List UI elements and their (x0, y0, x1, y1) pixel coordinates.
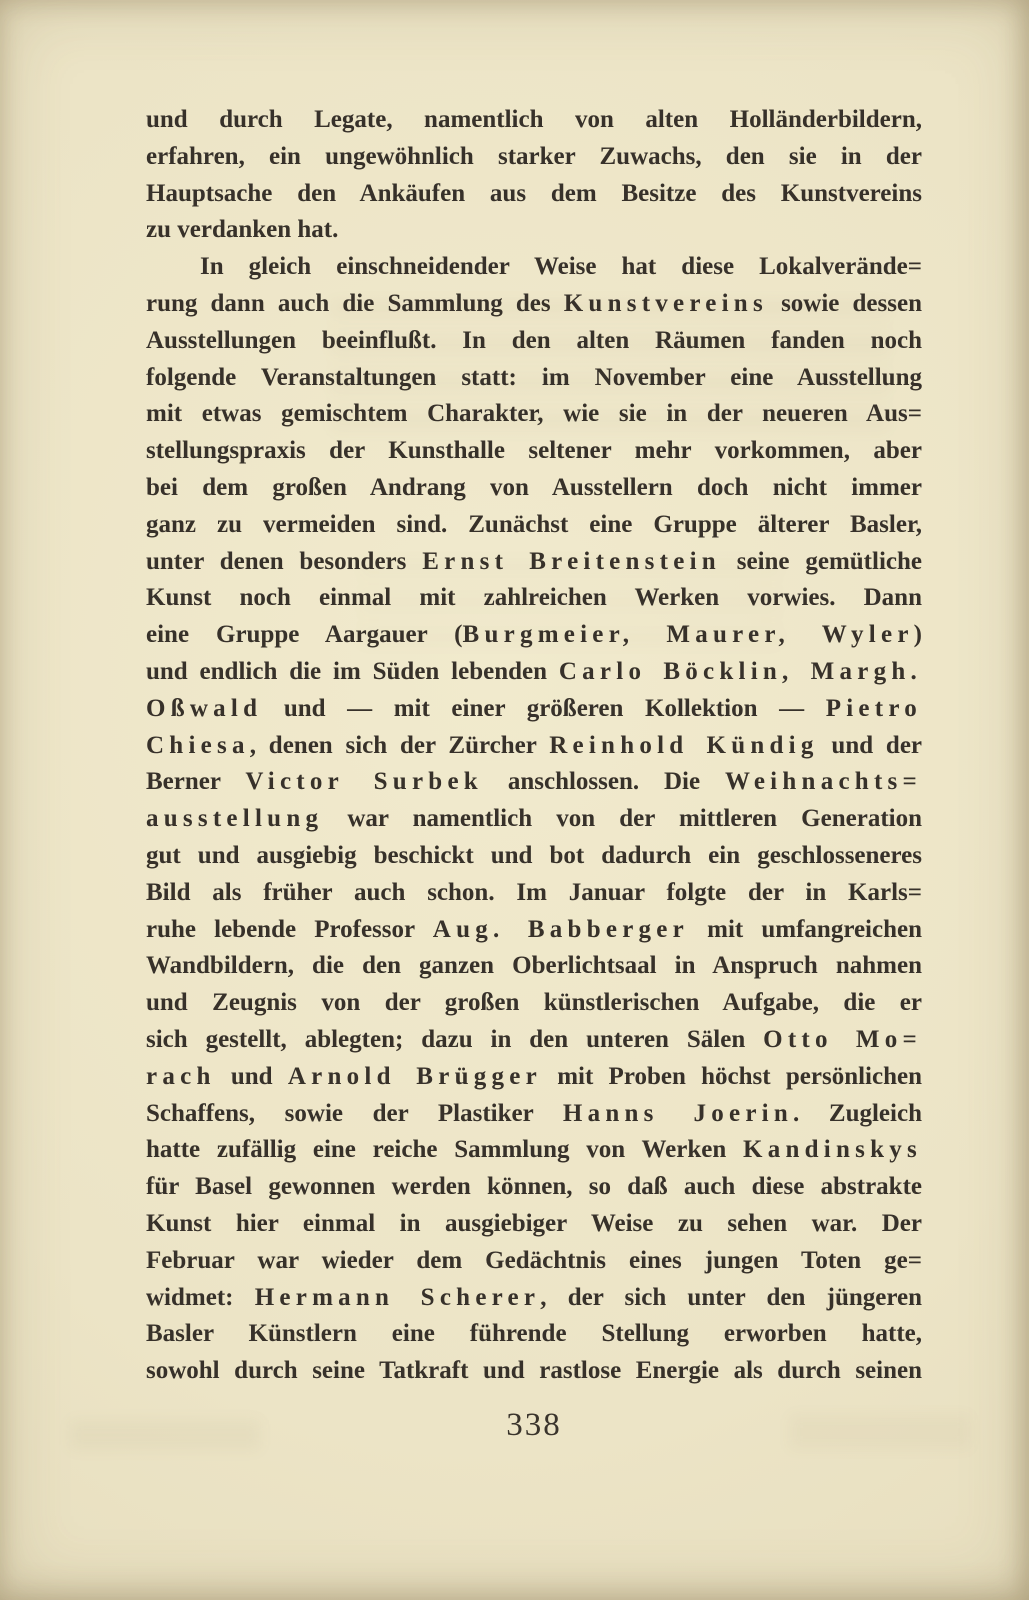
text-line: Wandbildern, die den ganzen Oberlichtsaa… (146, 948, 922, 985)
page-number: 338 (146, 1407, 922, 1444)
text-line: Hauptsache den Ankäufen aus dem Besitze … (146, 176, 922, 213)
text-segment: eine Gruppe Aargauer ( (146, 621, 463, 648)
text-line: In gleich einschneidender Weise hat dies… (146, 249, 922, 286)
text-line: und endlich die im Süden lebenden Carlo … (146, 654, 922, 691)
text-segment: In gleich einschneidender Weise hat dies… (200, 253, 922, 280)
letterspaced-name: Aug. Babberger (433, 916, 689, 943)
text-segment: seine gemütliche (721, 548, 922, 575)
text-segment: folgende Veranstaltungen statt: im Novem… (146, 364, 922, 391)
letterspaced-name: ausstellung (146, 805, 323, 832)
letterspaced-name: rach (146, 1063, 216, 1090)
text-segment: gut und ausgiebig beschickt und bot dadu… (146, 842, 922, 869)
letterspaced-name: Hanns Joerin (563, 1100, 793, 1127)
text-line: eine Gruppe Aargauer (Burgmeier, Maurer,… (146, 617, 922, 654)
text-segment: Berner (146, 768, 245, 795)
text-segment: anschlossen. Die (483, 768, 725, 795)
text-line: ganz zu vermeiden sind. Zunächst eine Gr… (146, 507, 922, 544)
text-line: stellungspraxis der Kunsthalle seltener … (146, 433, 922, 470)
text-segment: Basler Künstlern eine führende Stellung … (146, 1320, 922, 1347)
letterspaced-name: Carlo Böcklin, Margh. (559, 658, 922, 685)
text-segment: mit Proben höchst persönlichen (542, 1063, 922, 1090)
text-segment: sich gestellt, ablegten; dazu in den unt… (146, 1026, 763, 1053)
letterspaced-name: Pietro (826, 695, 922, 722)
text-segment: war namentlich von der mittleren Generat… (323, 805, 922, 832)
text-line: sich gestellt, ablegten; dazu in den unt… (146, 1022, 922, 1059)
text-segment: widmet: (146, 1284, 255, 1311)
letterspaced-name: Otto Mo= (763, 1026, 922, 1053)
text-segment: Bild als früher auch schon. Im Januar fo… (146, 879, 922, 906)
text-line: Basler Künstlern eine führende Stellung … (146, 1316, 922, 1353)
text-line: gut und ausgiebig beschickt und bot dadu… (146, 838, 922, 875)
book-page: und durch Legate, namentlich von alten H… (0, 0, 1029, 1600)
text-segment: für Basel gewonnen werden können, so daß… (146, 1173, 922, 1200)
letterspaced-name: Chiesa (146, 732, 250, 759)
text-line: und Zeugnis von der großen künstlerische… (146, 985, 922, 1022)
text-line: Schaffens, sowie der Plastiker Hanns Joe… (146, 1096, 922, 1133)
text-segment: . Zugleich (793, 1100, 922, 1127)
letterspaced-name: Victor Surbek (245, 768, 483, 795)
text-segment: Schaffens, sowie der Plastiker (146, 1100, 563, 1127)
text-line: für Basel gewonnen werden können, so daß… (146, 1169, 922, 1206)
text-segment: ruhe lebende Professor (146, 916, 433, 943)
text-line: erfahren, ein ungewöhnlich starker Zuwac… (146, 139, 922, 176)
text-line: Kunst noch einmal mit zahlreichen Werken… (146, 580, 922, 617)
text-line: hatte zufällig eine reiche Sammlung von … (146, 1132, 922, 1169)
text-line: Chiesa, denen sich der Zürcher Reinhold … (146, 728, 922, 765)
text-line: Kunst hier einmal in ausgiebiger Weise z… (146, 1206, 922, 1243)
text-segment: Februar war wieder dem Gedächtnis eines … (146, 1247, 922, 1274)
text-line: Bild als früher auch schon. Im Januar fo… (146, 875, 922, 912)
text-segment: ganz zu vermeiden sind. Zunächst eine Gr… (146, 511, 922, 538)
text-line: sowohl durch seine Tatkraft und rastlose… (146, 1353, 922, 1390)
text-line: ruhe lebende Professor Aug. Babberger mi… (146, 912, 922, 949)
text-line: Ausstellungen beeinflußt. In den alten R… (146, 323, 922, 360)
letterspaced-name: Kandinskys (743, 1136, 922, 1163)
text-segment: und — mit einer größeren Kollektion — (262, 695, 825, 722)
letterspaced-name: Reinhold Kündig (549, 732, 818, 759)
text-segment: und (216, 1063, 288, 1090)
text-line: Berner Victor Surbek anschlossen. Die We… (146, 764, 922, 801)
text-segment: erfahren, ein ungewöhnlich starker Zuwac… (146, 143, 922, 170)
text-segment: zu verdanken hat. (146, 216, 338, 243)
text-line: Februar war wieder dem Gedächtnis eines … (146, 1243, 922, 1280)
text-segment: sowie dessen (768, 290, 922, 317)
text-segment: ) (914, 621, 922, 648)
text-segment: und der (819, 732, 922, 759)
letterspaced-name: Oßwald (146, 695, 262, 722)
letterspaced-name: Arnold Brügger (288, 1063, 542, 1090)
body-text-block: und durch Legate, namentlich von alten H… (146, 102, 922, 1390)
text-segment: , denen sich der Zürcher (250, 732, 549, 759)
text-segment: Kunst hier einmal in ausgiebiger Weise z… (146, 1210, 922, 1237)
letterspaced-name: Kunstvereins (564, 290, 768, 317)
text-segment: unter denen besonders (146, 548, 422, 575)
text-segment: stellungspraxis der Kunsthalle seltener … (146, 437, 922, 464)
text-segment: sowohl durch seine Tatkraft und rastlose… (146, 1357, 922, 1384)
text-segment: bei dem großen Andrang von Ausstellern d… (146, 474, 922, 501)
text-line: folgende Veranstaltungen statt: im Novem… (146, 360, 922, 397)
letterspaced-name: Hermann Scherer (255, 1284, 541, 1311)
text-segment: mit umfangreichen (689, 916, 922, 943)
text-segment: Kunst noch einmal mit zahlreichen Werken… (146, 584, 922, 611)
text-line: unter denen besonders Ernst Breitenstein… (146, 544, 922, 581)
text-line: mit etwas gemischtem Charakter, wie sie … (146, 396, 922, 433)
text-segment: Wandbildern, die den ganzen Oberlichtsaa… (146, 952, 922, 979)
text-segment: und Zeugnis von der großen künstlerische… (146, 989, 922, 1016)
text-line: und durch Legate, namentlich von alten H… (146, 102, 922, 139)
text-segment: , der sich unter den jüngeren (540, 1284, 922, 1311)
text-line: rung dann auch die Sammlung des Kunstver… (146, 286, 922, 323)
text-line: Oßwald und — mit einer größeren Kollekti… (146, 691, 922, 728)
letterspaced-name: Ernst Breitenstein (422, 548, 721, 575)
text-line: ausstellung war namentlich von der mittl… (146, 801, 922, 838)
text-segment: hatte zufällig eine reiche Sammlung von … (146, 1136, 743, 1163)
letterspaced-name: Burgmeier, Maurer, Wyler (463, 621, 914, 648)
text-segment: Ausstellungen beeinflußt. In den alten R… (146, 327, 922, 354)
text-segment: und endlich die im Süden lebenden (146, 658, 559, 685)
text-line: widmet: Hermann Scherer, der sich unter … (146, 1280, 922, 1317)
text-segment: Hauptsache den Ankäufen aus dem Besitze … (146, 180, 922, 207)
text-segment: rung dann auch die Sammlung des (146, 290, 564, 317)
text-line: bei dem großen Andrang von Ausstellern d… (146, 470, 922, 507)
letterspaced-name: Weihnachts= (725, 768, 922, 795)
text-line: rach und Arnold Brügger mit Proben höchs… (146, 1059, 922, 1096)
text-segment: mit etwas gemischtem Charakter, wie sie … (146, 400, 922, 427)
text-line: zu verdanken hat. (146, 212, 922, 249)
text-segment: und durch Legate, namentlich von alten H… (146, 106, 922, 133)
